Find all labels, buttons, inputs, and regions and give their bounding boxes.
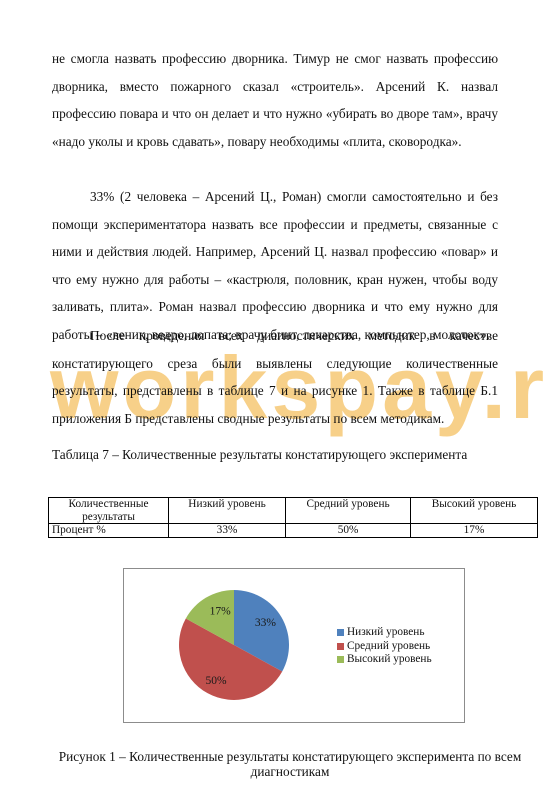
chart-legend: Низкий уровеньСредний уровеньВысокий уро… (337, 626, 432, 667)
legend-swatch-icon (337, 656, 344, 663)
table-cell: 50% (286, 524, 411, 538)
table-caption: Таблица 7 – Количественные результаты ко… (52, 447, 467, 463)
legend-item: Средний уровень (337, 640, 432, 654)
legend-label: Средний уровень (347, 640, 430, 654)
legend-swatch-icon (337, 629, 344, 636)
table-row: Процент % 33% 50% 17% (49, 524, 538, 538)
table-cell: 33% (169, 524, 286, 538)
results-table: Количественные результаты Низкий уровень… (48, 497, 538, 538)
table-cell: 17% (411, 524, 538, 538)
table-header-row: Количественные результаты Низкий уровень… (49, 498, 538, 524)
legend-item: Низкий уровень (337, 626, 432, 640)
legend-item: Высокий уровень (337, 653, 432, 667)
table-header-cell: Количественные результаты (49, 498, 169, 524)
table-cell: Процент % (49, 524, 169, 538)
document-page: workspay.ru не смогла назвать профессию … (0, 0, 551, 791)
legend-label: Низкий уровень (347, 626, 425, 640)
pie-slice-label: 33% (255, 617, 277, 629)
table-header-cell: Низкий уровень (169, 498, 286, 524)
pie-chart: 33%50%17% Низкий уровеньСредний уровеньВ… (123, 568, 465, 723)
table-header-cell: Высокий уровень (411, 498, 538, 524)
table-header-cell: Средний уровень (286, 498, 411, 524)
figure-caption: Рисунок 1 – Количественные результаты ко… (40, 749, 540, 779)
pie-slice-label: 17% (210, 606, 232, 618)
pie-slice-label: 50% (206, 675, 228, 687)
legend-label: Высокий уровень (347, 653, 432, 667)
legend-swatch-icon (337, 643, 344, 650)
paragraph-1: не смогла назвать профессию дворника. Ти… (52, 45, 498, 155)
paragraph-3: После проведения всех диагностических ме… (52, 322, 498, 432)
pie-chart-plot: 33%50%17% (124, 569, 304, 722)
